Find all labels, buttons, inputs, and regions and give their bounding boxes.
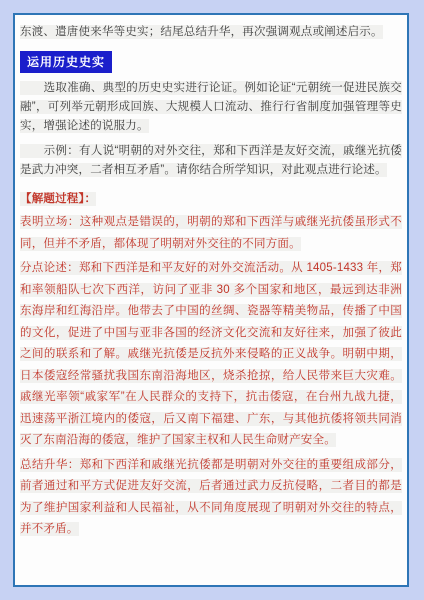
answer-arguments-paragraph: 分点论述：郑和下西洋是和平友好的对外交流活动。从 1405-1433 年，郑和率… bbox=[20, 258, 402, 452]
example-paragraph-text: 示例：有人说“明朝的对外交往，郑和下西洋是友好交流，戚继光抗倭是武力冲突，二者相… bbox=[20, 144, 402, 177]
example-paragraph: 示例：有人说“明朝的对外交往，郑和下西洋是友好交流，戚继光抗倭是武力冲突，二者相… bbox=[20, 142, 402, 180]
page-background: { "theme": { "outer_background": "#c7d2f… bbox=[0, 0, 424, 600]
section-badge: 运用历史史实 bbox=[20, 51, 112, 73]
answer-conclusion-text: 总结升华：郑和下西洋和戚继光抗倭都是明朝对外交往的重要组成部分，前者通过和平方式… bbox=[20, 458, 402, 537]
answer-heading: 【解题过程】： bbox=[20, 190, 402, 209]
intro-text: 东渡、遣唐使来华等史实；结尾总结升华，再次强调观点或阐述启示。 bbox=[20, 23, 402, 42]
method-paragraph-text: 选取准确、典型的历史史实进行论证。例如论证“元朝统一促进民族交融”，可列举元朝形… bbox=[20, 81, 402, 133]
intro-text-line: 东渡、遣唐使来华等史实；结尾总结升华，再次强调观点或阐述启示。 bbox=[20, 25, 383, 39]
answer-conclusion-paragraph: 总结升华：郑和下西洋和戚继光抗倭都是明朝对外交往的重要组成部分，前者通过和平方式… bbox=[20, 455, 402, 541]
answer-section: 【解题过程】： 表明立场：这种观点是错误的，明朝的郑和下西洋与戚继光抗倭虽形式不… bbox=[20, 190, 402, 541]
answer-arguments-text: 分点论述：郑和下西洋是和平友好的对外交流活动。从 1405-1433 年，郑和率… bbox=[20, 261, 402, 447]
section-badge-row: 运用历史史实 bbox=[20, 51, 402, 73]
answer-stance-text: 表明立场：这种观点是错误的，明朝的郑和下西洋与戚继光抗倭虽形式不同，但并不矛盾，… bbox=[20, 215, 402, 251]
answer-heading-text: 【解题过程】： bbox=[20, 192, 96, 206]
method-paragraph: 选取准确、典型的历史史实进行论证。例如论证“元朝统一促进民族交融”，可列举元朝形… bbox=[20, 79, 402, 136]
answer-stance-paragraph: 表明立场：这种观点是错误的，明朝的郑和下西洋与戚继光抗倭虽形式不同，但并不矛盾，… bbox=[20, 212, 402, 255]
document-card: 东渡、遣唐使来华等史实；结尾总结升华，再次强调观点或阐述启示。 运用历史史实 选… bbox=[13, 13, 409, 587]
